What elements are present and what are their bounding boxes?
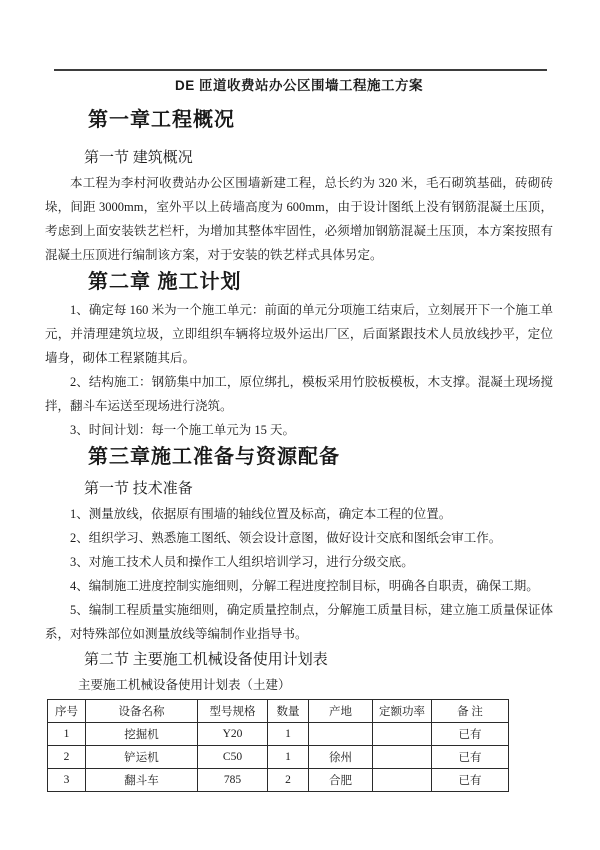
table-header-cell: 设备名称 xyxy=(86,700,198,723)
chapter-2-heading: 第二章 施工计划 xyxy=(45,269,553,296)
table-cell: 已有 xyxy=(432,746,509,769)
table-header-cell: 数量 xyxy=(268,700,309,723)
table-cell: 1 xyxy=(48,723,86,746)
header-rule xyxy=(54,69,547,71)
table-header-cell: 序号 xyxy=(48,700,86,723)
table-cell: C50 xyxy=(198,746,268,769)
document-page: DE 匝道收费站办公区围墙工程施工方案 第一章工程概况 第一节 建筑概况 本工程… xyxy=(0,0,600,850)
chapter-3-heading: 第三章施工准备与资源配备 xyxy=(45,444,553,471)
table-cell xyxy=(373,723,432,746)
table-cell: 合肥 xyxy=(309,769,373,792)
construction-plan-item-1: 1、确定每 160 米为一个施工单元：前面的单元分项施工结束后，立刻展开下一个施… xyxy=(45,298,553,370)
table-header-cell: 定额功率 xyxy=(373,700,432,723)
tech-prep-item-2: 2、组织学习、熟悉施工图纸、领会设计意图，做好设计交底和图纸会审工作。 xyxy=(45,526,553,550)
tech-prep-item-5: 5、编制工程质量实施细则，确定质量控制点，分解施工质量目标，建立施工质量保证体系… xyxy=(45,598,553,646)
construction-plan-item-2: 2、结构施工：钢筋集中加工，原位绑扎，模板采用竹胶板模板，木支撑。混凝土现场搅拌… xyxy=(45,370,553,418)
table-header-cell: 产地 xyxy=(309,700,373,723)
table-cell: 2 xyxy=(268,769,309,792)
table-cell: 徐州 xyxy=(309,746,373,769)
document-title: DE 匝道收费站办公区围墙工程施工方案 xyxy=(45,76,553,95)
equipment-table: 序号 设备名称 型号规格 数量 产地 定额功率 备 注 1 挖掘机 Y20 1 xyxy=(47,699,509,792)
table-cell: 1 xyxy=(268,723,309,746)
table-cell xyxy=(373,746,432,769)
tech-prep-item-3: 3、对施工技术人员和操作工人组织培训学习，进行分级交底。 xyxy=(45,550,553,574)
tech-prep-item-1: 1、测量放线，依据原有围墙的轴线位置及标高，确定本工程的位置。 xyxy=(45,502,553,526)
table-cell: 挖掘机 xyxy=(86,723,198,746)
table-row: 1 挖掘机 Y20 1 已有 xyxy=(48,723,509,746)
table-row: 3 翻斗车 785 2 合肥 已有 xyxy=(48,769,509,792)
table-row: 2 铲运机 C50 1 徐州 已有 xyxy=(48,746,509,769)
table-cell: 3 xyxy=(48,769,86,792)
table-header-row: 序号 设备名称 型号规格 数量 产地 定额功率 备 注 xyxy=(48,700,509,723)
chapter-1-heading: 第一章工程概况 xyxy=(45,107,553,134)
table-cell: 翻斗车 xyxy=(86,769,198,792)
table-header-cell: 型号规格 xyxy=(198,700,268,723)
table-cell: 785 xyxy=(198,769,268,792)
table-cell xyxy=(373,769,432,792)
table-cell: 1 xyxy=(268,746,309,769)
table-cell: 铲运机 xyxy=(86,746,198,769)
table-cell xyxy=(309,723,373,746)
section-1-1-heading: 第一节 建筑概况 xyxy=(45,148,553,169)
paragraph-project-overview: 本工程为李村河收费站办公区围墙新建工程，总长约为 320 米，毛石砌筑基础，砖砌… xyxy=(45,171,553,267)
table-cell: 已有 xyxy=(432,723,509,746)
tech-prep-item-4: 4、编制施工进度控制实施细则，分解工程进度控制目标，明确各自职责，确保工期。 xyxy=(45,574,553,598)
table-header-cell: 备 注 xyxy=(432,700,509,723)
table-cell: Y20 xyxy=(198,723,268,746)
section-3-1-heading: 第一节 技术准备 xyxy=(45,479,553,500)
construction-plan-item-3: 3、时间计划：每一个施工单元为 15 天。 xyxy=(45,418,553,442)
table-cell: 已有 xyxy=(432,769,509,792)
document-content: DE 匝道收费站办公区围墙工程施工方案 第一章工程概况 第一节 建筑概况 本工程… xyxy=(0,69,600,792)
table-cell: 2 xyxy=(48,746,86,769)
equipment-table-caption: 主要施工机械设备使用计划表（土建） xyxy=(45,673,553,697)
section-3-2-heading: 第二节 主要施工机械设备使用计划表 xyxy=(45,650,553,671)
